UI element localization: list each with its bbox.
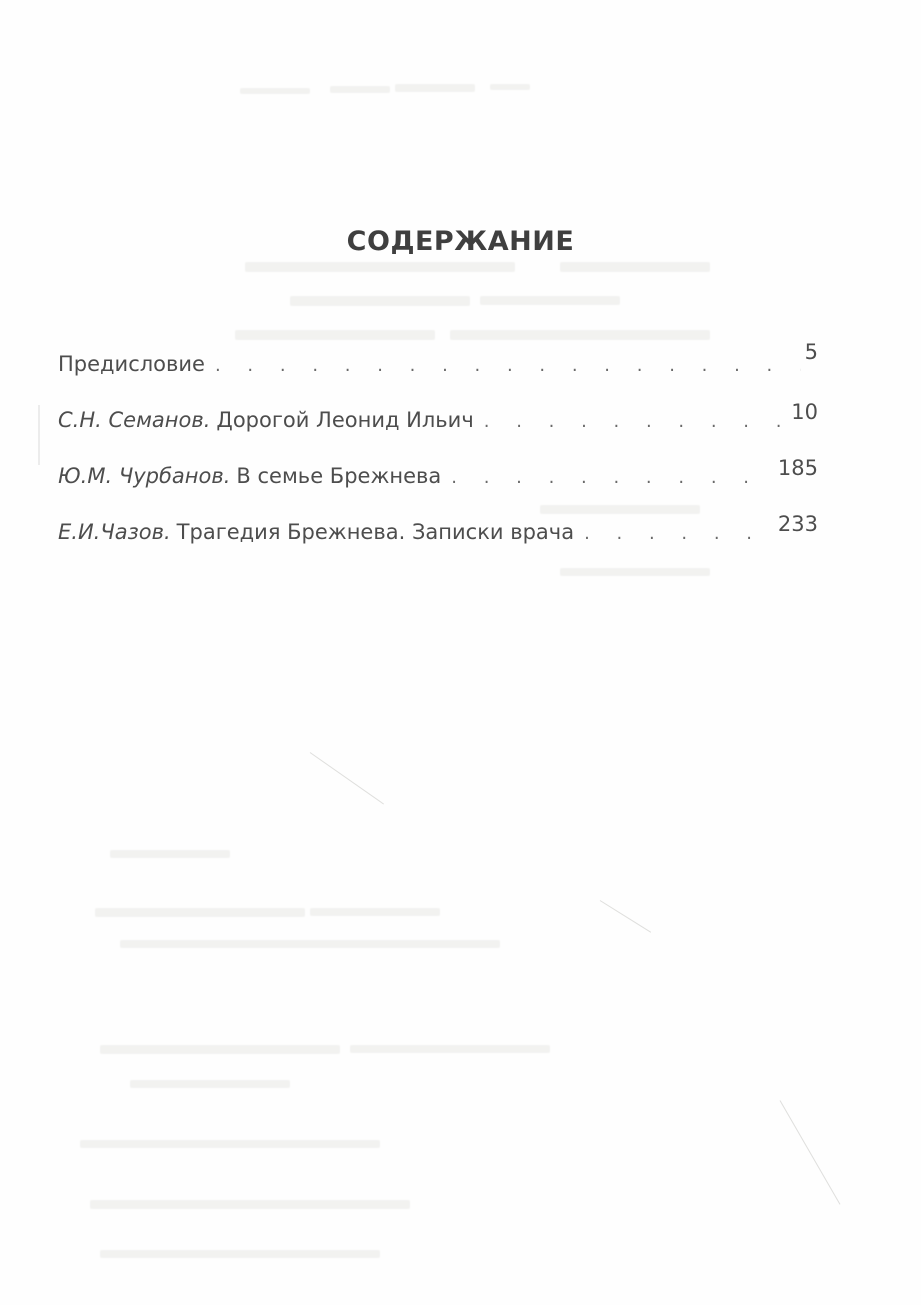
toc-list: Предисловие . . . . . . . . . . . . . . … xyxy=(58,352,818,576)
dot-leader: . . . . . . . . . . . . . . . . . . . . … xyxy=(215,355,801,376)
bleed-through-mark xyxy=(235,330,435,340)
dot-leader: . . . . . . . . . . . . . . . . . . . . … xyxy=(584,523,774,544)
toc-entry-semanov[interactable]: С.Н. Семанов. Дорогой Леонид Ильич . . .… xyxy=(58,408,818,464)
scanned-page: СОДЕРЖАНИЕ Предисловие . . . . . . . . .… xyxy=(0,0,921,1305)
bleed-through-mark xyxy=(80,1140,380,1148)
toc-entry-preface[interactable]: Предисловие . . . . . . . . . . . . . . … xyxy=(58,352,818,408)
bleed-through-mark xyxy=(490,84,530,90)
toc-entry-chazov[interactable]: Е.И.Чазов. Трагедия Брежнева. Записки вр… xyxy=(58,520,818,576)
bleed-through-mark xyxy=(95,908,305,917)
toc-entry-churbanov[interactable]: Ю.М. Чурбанов. В семье Брежнева . . . . … xyxy=(58,464,818,520)
bleed-through-mark xyxy=(395,84,475,92)
bleed-through-mark xyxy=(240,88,310,94)
toc-entry-title: Дорогой Леонид Ильич xyxy=(216,408,473,432)
bleed-through-mark xyxy=(290,296,470,306)
bleed-through-mark xyxy=(110,850,230,858)
bleed-through-mark xyxy=(245,262,515,272)
paper-scratch xyxy=(310,752,384,804)
toc-entry-author: С.Н. Семанов. xyxy=(58,408,210,432)
toc-entry-title: Трагедия Брежнева. Записки врача xyxy=(177,520,574,544)
bleed-through-mark xyxy=(310,908,440,916)
paper-scratch xyxy=(780,1100,841,1204)
toc-entry-title: Предисловие xyxy=(58,352,205,376)
bleed-through-mark xyxy=(130,1080,290,1088)
toc-page-number: 5 xyxy=(805,340,818,364)
bleed-through-mark xyxy=(100,1250,380,1258)
bleed-through-mark xyxy=(100,1045,340,1054)
page-edge-mark xyxy=(38,405,40,465)
toc-page-number: 185 xyxy=(778,456,818,480)
bleed-through-mark xyxy=(480,296,620,305)
bleed-through-mark xyxy=(450,330,710,340)
bleed-through-mark xyxy=(90,1200,410,1209)
bleed-through-mark xyxy=(560,262,710,272)
bleed-through-mark xyxy=(350,1045,550,1053)
dot-leader: . . . . . . . . . . . . . . . . . . . . … xyxy=(451,467,774,488)
bleed-through-mark xyxy=(120,940,500,948)
toc-entry-author: Ю.М. Чурбанов. xyxy=(58,464,230,488)
dot-leader: . . . . . . . . . . . . . . . . . . . . … xyxy=(484,411,788,432)
toc-heading: СОДЕРЖАНИЕ xyxy=(0,226,921,257)
toc-entry-title: В семье Брежнева xyxy=(236,464,441,488)
toc-entry-author: Е.И.Чазов. xyxy=(58,520,171,544)
toc-page-number: 233 xyxy=(778,512,818,536)
paper-scratch xyxy=(600,900,651,933)
bleed-through-mark xyxy=(330,86,390,93)
toc-page-number: 10 xyxy=(791,400,818,424)
